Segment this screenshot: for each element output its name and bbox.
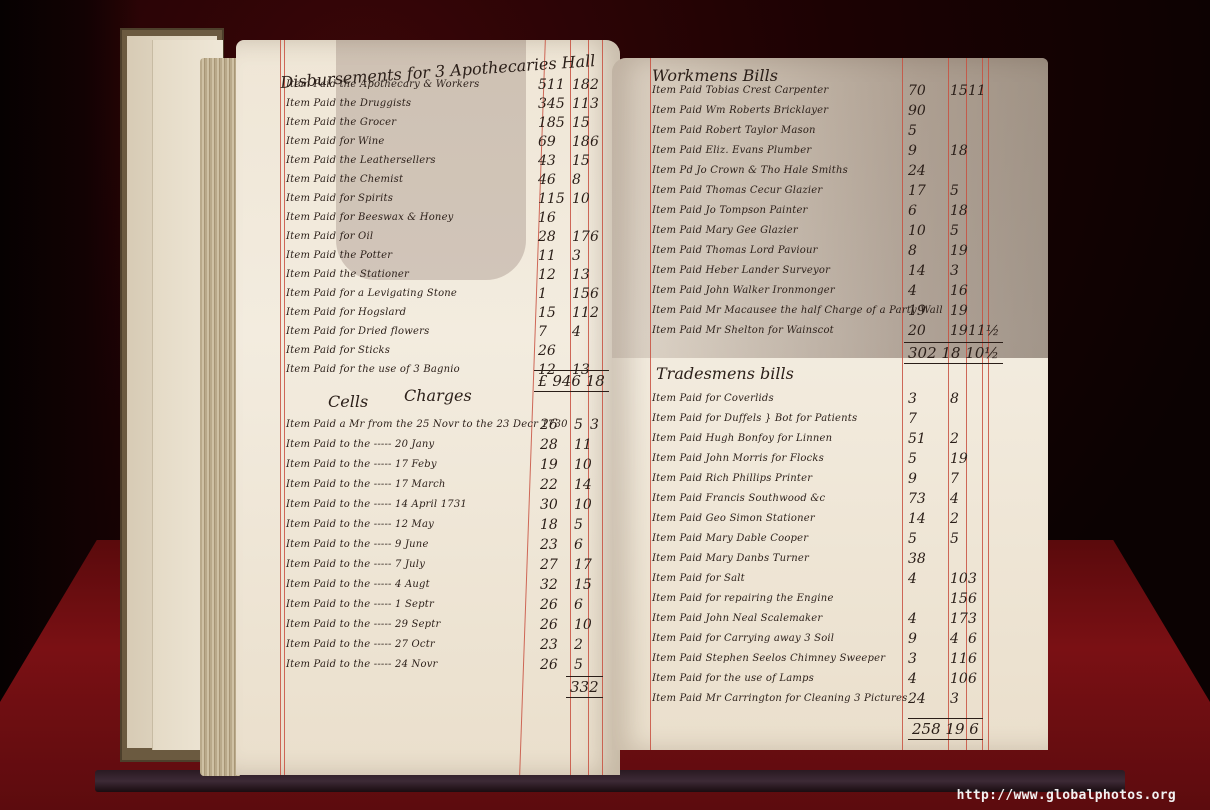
ledger-row: Item Paid to the ----- 12 May185 (236, 510, 620, 532)
watermark-url: http://www.globalphotos.org (957, 788, 1176, 803)
ledger-row: Item Paid John Morris for Flocks519 (612, 444, 1048, 466)
ledger-row: Item Paid to the ----- 7 July2717 (236, 550, 620, 572)
section-total: £ 946 18 (534, 370, 609, 392)
total-shillings: 19 (945, 720, 964, 738)
ledger-row: Item Pd Jo Crown & Tho Hale Smiths24 (612, 156, 1048, 178)
ledger-row: Item Paid to the ----- 4 Augt3215 (236, 570, 620, 592)
ledger-row: Item Paid Mary Gee Glazier105 (612, 216, 1048, 238)
ledger-row: Item Paid Geo Simon Stationer142 (612, 504, 1048, 526)
ledger-row: Item Paid to the ----- 9 June236 (236, 530, 620, 552)
section-total: 302 18 10½ (904, 342, 1003, 364)
ledger-row: Item Paid Thomas Lord Paviour819 (612, 236, 1048, 258)
ledger-row: Item Paid to the ----- 20 Jany2811 (236, 430, 620, 452)
entry-description: Item Paid for the use of 3 Bagnio (286, 363, 460, 377)
section-total: 258 19 6 (908, 718, 983, 740)
ledger-row: Item Paid for Carrying away 3 Soil946 (612, 624, 1048, 646)
amount-pounds: 26 (540, 658, 558, 672)
section-total: 332 (566, 676, 603, 698)
ledger-row: Item Paid to the ----- 27 Octr232 (236, 630, 620, 652)
ledger-row: Item Paid Rich Phillips Printer97 (612, 464, 1048, 486)
ledger-row: Item Paid to the ----- 17 March2214 (236, 470, 620, 492)
ledger-row: Item Paid Hugh Bonfoy for Linnen512 (612, 424, 1048, 446)
total-pence: 10½ (965, 344, 999, 362)
ledger-row: Item Paid for Duffels } Bot for Patients… (612, 404, 1048, 426)
ledger-row: Item Paid to the ----- 24 Novr265 (236, 650, 620, 672)
amount-pounds: 20 (908, 324, 926, 338)
entry-description: Item Paid Mr Shelton for Wainscot (652, 324, 834, 338)
entry-description: Item Paid to the ----- 24 Novr (286, 658, 438, 672)
ledger-row: Item Paid to the ----- 1 Septr266 (236, 590, 620, 612)
total-pounds: 258 (912, 720, 941, 738)
ledger-row: Item Paid Mr Carrington for Cleaning 3 P… (612, 684, 1048, 706)
ledger-row: Item Paid Jo Tompson Painter618 (612, 196, 1048, 218)
entry-description: Item Paid Mr Carrington for Cleaning 3 P… (652, 692, 907, 706)
ledger-row: Item Paid Mr Macausee the half Charge of… (612, 296, 1048, 318)
total-shillings: 18 (586, 372, 605, 390)
ledger-row: Item Paid Stephen Seelos Chimney Sweeper… (612, 644, 1048, 666)
ledger-row: Item Paid Robert Taylor Mason5 (612, 116, 1048, 138)
ledger-row: Item Paid Heber Lander Surveyor143 (612, 256, 1048, 278)
ledger-row: Item Paid for repairing the Engine156 (612, 584, 1048, 606)
amount-shillings: 5 (574, 658, 583, 672)
ledger-right-page: Workmens Bills Item Paid Tobias Crest Ca… (612, 58, 1048, 750)
total-pence: 6 (969, 720, 979, 738)
total-pounds: 946 (552, 372, 581, 390)
pound-symbol: £ (538, 372, 548, 390)
ledger-row: Item Paid Francis Southwood &c734 (612, 484, 1048, 506)
ledger-row: Item Paid a Mr from the 25 Novr to the 2… (236, 410, 620, 432)
total-pounds: 332 (570, 678, 599, 696)
section-heading-b: Charges (404, 386, 472, 405)
ledger-row: Item Paid for Coverlids38 (612, 384, 1048, 406)
ledger-row: Item Paid Mary Dable Cooper55 (612, 524, 1048, 546)
total-shillings: 18 (941, 344, 960, 362)
total-pounds: 302 (908, 344, 937, 362)
ledger-row: Item Paid to the ----- 17 Feby1910 (236, 450, 620, 472)
ledger-row: Item Paid Eliz. Evans Plumber918 (612, 136, 1048, 158)
amount-pounds: 24 (908, 692, 926, 706)
ledger-row: Item Paid Thomas Cecur Glazier175 (612, 176, 1048, 198)
section-heading-a: Cells (328, 392, 368, 411)
page-block-edges (200, 58, 240, 776)
amount-shillings: 3 (950, 692, 959, 706)
ledger-left-page: Disbursements for 3 Apothecaries Hall It… (236, 40, 620, 775)
ledger-row: Item Paid for Salt4103 (612, 564, 1048, 586)
ledger-row: Item Paid Wm Roberts Bricklayer90 (612, 96, 1048, 118)
ledger-row: Item Paid Mr Shelton for Wainscot201911½ (612, 316, 1048, 338)
amount-shillings: 19 (950, 324, 968, 338)
ledger-row: Item Paid to the ----- 14 April 17313010 (236, 490, 620, 512)
ledger-row: Item Paid for the use of Lamps4106 (612, 664, 1048, 686)
ledger-row: Item Paid John Neal Scalemaker4173 (612, 604, 1048, 626)
ledger-row: Item Paid Mary Danbs Turner38 (612, 544, 1048, 566)
amount-pence: 11½ (968, 324, 999, 338)
section-heading: Tradesmens bills (656, 364, 794, 383)
ledger-row: Item Paid John Walker Ironmonger416 (612, 276, 1048, 298)
ledger-row: Item Paid to the ----- 29 Septr2610 (236, 610, 620, 632)
ledger-row: Item Paid Tobias Crest Carpenter701511 (612, 76, 1048, 98)
